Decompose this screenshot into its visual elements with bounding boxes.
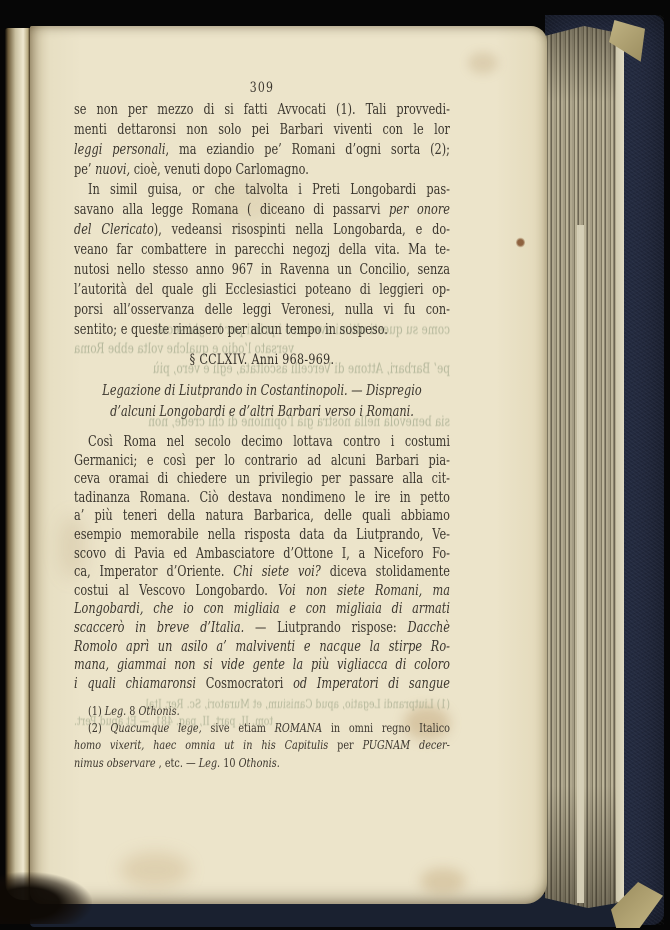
text-line: costui al Vescovo Longobardo. Voi non si… [74, 582, 450, 601]
text-line: porsi all’osservanza delle leggi Verones… [74, 300, 450, 320]
book-scan: come su questi ultimi avessero i primi p… [0, 0, 670, 930]
page-content: come su questi ultimi avessero i primi p… [74, 0, 450, 930]
text-line: nutosi nello stesso anno 967 in Ravenna … [74, 260, 450, 280]
text-line: del Clericato), vedeansi risospinti nell… [74, 220, 450, 240]
text-line: esempio memorabile nella risposta data d… [74, 526, 450, 545]
text-line: ca, Imperator d’Oriente. Chi siete voi? … [74, 563, 450, 582]
text-line: (1) Leg. 8 Othonis. [74, 702, 450, 719]
protruding-page-edge [577, 225, 584, 903]
page-edge-highlight [616, 30, 624, 902]
text-line: Germanici; e così per lo contrario ad al… [74, 452, 450, 471]
text-line: savano alla legge Romana ( diceano di pa… [74, 200, 450, 220]
text-line: a’ più teneri della natura Barbarica, de… [74, 507, 450, 526]
text-line: veano far combattere in parecchi negozj … [74, 240, 450, 260]
gutter-page-sliver [5, 28, 31, 900]
text-line: ceva oramai di chiedere un privilegio pe… [74, 470, 450, 489]
text-line: l’autorità del quale gli Ecclesiastici p… [74, 280, 450, 300]
paragraph-continuation: se non per mezzo di si fatti Avvocati (1… [74, 100, 450, 180]
text-line: menti dettaronsi non solo pei Barbari vi… [74, 120, 450, 140]
paragraph-2: In simil guisa, or che talvolta i Preti … [74, 180, 450, 340]
footnotes: (1) Leg. 8 Othonis.(2) Quacumque lege, s… [74, 702, 450, 771]
page-edge-stack [545, 22, 623, 910]
text-line: (2) Quacumque lege, sive etiam ROMANA in… [74, 719, 450, 736]
text-line: se non per mezzo di si fatti Avvocati (1… [74, 100, 450, 120]
text-line: Legazione di Liutprando in Costantinopol… [74, 381, 450, 402]
text-line: Così Roma nel secolo decimo lottava cont… [74, 433, 450, 452]
section-heading: § CCLXIV. Anni 968-969. [74, 352, 450, 368]
page-number: 309 [74, 80, 450, 96]
paragraph-3: Così Roma nel secolo decimo lottava cont… [74, 433, 450, 693]
text-line: mana, giammai non si vide gente la più v… [74, 656, 450, 675]
text-line: nimus observare , etc. — Leg. 10 Othonis… [74, 754, 450, 771]
text-line: i quali chiamaronsi Cosmocratori od Impe… [74, 675, 450, 694]
text-line: scaccerò in breve d’Italia. — Liutprando… [74, 619, 450, 638]
text-line: sentito; e queste rimasero per alcun tem… [74, 320, 450, 340]
text-line: In simil guisa, or che talvolta i Preti … [74, 180, 450, 200]
text-line: pe’ nuovi, cioè, venuti dopo Carlomagno. [74, 160, 450, 180]
text-line: scovo di Pavia ed Ambasciatore d’Ottone … [74, 545, 450, 564]
text-line: tadinanza Romana. Ciò destava nondimeno … [74, 489, 450, 508]
text-line: Longobardi, che io con migliaia e con mi… [74, 600, 450, 619]
text-line: leggi personali, ma eziandio pe’ Romani … [74, 140, 450, 160]
text-line: Romolo aprì un asilo a’ malviventi e nac… [74, 638, 450, 657]
text-line: homo vixerit, haec omnia ut in his Capit… [74, 736, 450, 753]
section-subtitle: Legazione di Liutprando in Costantinopol… [74, 381, 450, 423]
text-line: d’alcuni Longobardi e d’altri Barbari ve… [74, 402, 450, 423]
